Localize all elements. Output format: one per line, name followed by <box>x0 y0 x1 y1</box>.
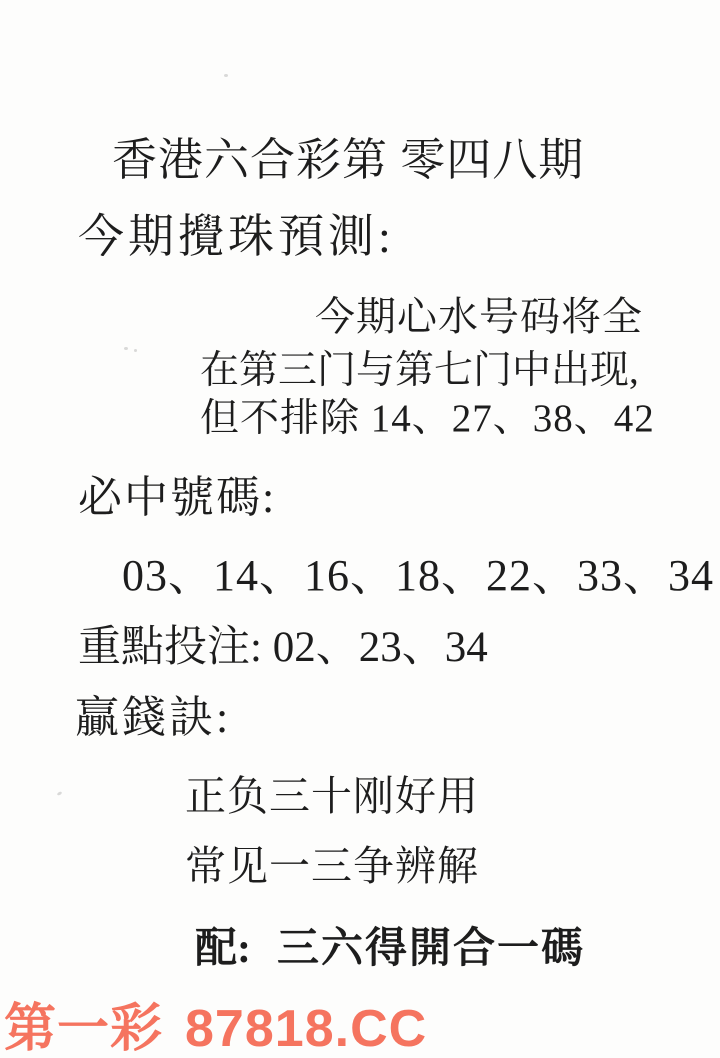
prediction-line: 但不排除 14、27、38、42 <box>200 398 655 441</box>
match-value: 三六得開合一碼 <box>277 926 585 972</box>
footer-site-url: 87818.CC <box>185 1000 427 1058</box>
must-hit-heading: 必中號碼: <box>78 474 276 522</box>
winning-tips-heading: 贏錢訣: <box>75 694 231 742</box>
page-title: 香港六合彩第 零四八期 <box>112 136 584 186</box>
scan-speck <box>134 349 137 352</box>
match-label: 配: <box>195 926 251 972</box>
match-line: 配:三六得開合一碼 <box>195 926 585 972</box>
prediction-line: 今期心水号码将全 <box>315 295 643 339</box>
prediction-line: 在第三门与第七门中出现, <box>200 350 639 393</box>
scan-speck <box>224 74 228 77</box>
scan-speck <box>57 791 63 796</box>
scanned-lottery-sheet: 香港六合彩第 零四八期 今期攪珠預測: 今期心水号码将全 在第三门与第七门中出现… <box>0 0 720 1058</box>
footer-watermark: 第一彩87818.CC <box>4 986 427 1058</box>
winning-tip-line: 正负三十刚好用 <box>185 774 479 819</box>
must-hit-numbers: 03、14、16、18、22、33、34 <box>122 552 714 600</box>
scan-speck <box>124 347 128 350</box>
prediction-heading: 今期攪珠預測: <box>78 212 395 263</box>
footer-site-name: 第一彩 <box>4 1000 163 1058</box>
key-bets-line: 重點投注: 02、23、34 <box>78 624 488 671</box>
winning-tip-line: 常见一三争辨解 <box>185 844 479 889</box>
